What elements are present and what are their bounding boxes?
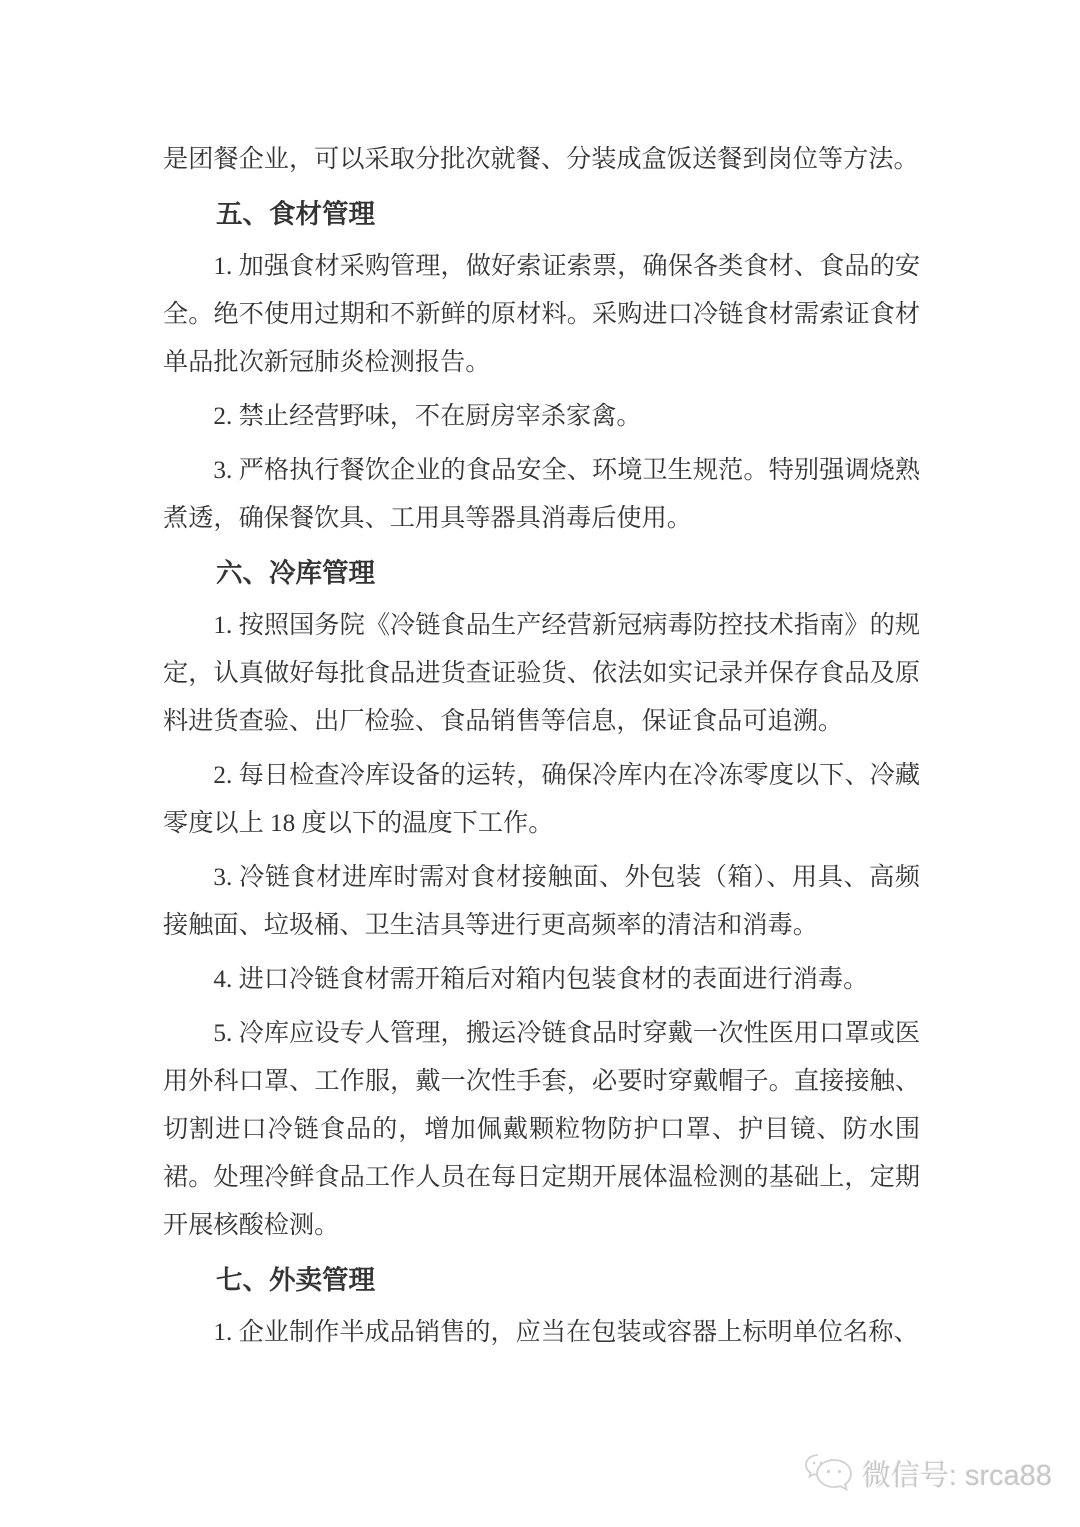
- section-heading: 五、食材管理: [163, 190, 920, 238]
- paragraph: 1. 加强食材采购管理，做好索证索票，确保各类食材、食品的安全。绝不使用过期和不…: [163, 243, 920, 387]
- paragraph: 5. 冷库应设专人管理，搬运冷链食品时穿戴一次性医用口罩或医用外科口罩、工作服，…: [163, 1010, 920, 1250]
- paragraph: 3. 严格执行餐饮企业的食品安全、环境卫生规范。特别强调烧熟煮透，确保餐饮具、工…: [163, 447, 920, 543]
- section-heading: 六、冷库管理: [163, 549, 920, 597]
- paragraph: 1. 按照国务院《冷链食品生产经营新冠病毒防控技术指南》的规定，认真做好每批食品…: [163, 602, 920, 746]
- paragraph: 2. 每日检查冷库设备的运转，确保冷库内在冷冻零度以下、冷藏零度以上 18 度以…: [163, 752, 920, 848]
- watermark-text: 微信号: srca88: [862, 1453, 1052, 1494]
- wechat-icon: [804, 1452, 854, 1494]
- watermark: 微信号: srca88: [804, 1452, 1052, 1494]
- paragraph: 2. 禁止经营野味，不在厨房宰杀家禽。: [163, 393, 920, 441]
- paragraph: 3. 冷链食材进库时需对食材接触面、外包装（箱）、用具、高频接触面、垃圾桶、卫生…: [163, 854, 920, 950]
- paragraph: 4. 进口冷链食材需开箱后对箱内包装食材的表面进行消毒。: [163, 956, 920, 1004]
- paragraph: 是团餐企业，可以采取分批次就餐、分装成盒饭送餐到岗位等方法。: [163, 136, 920, 184]
- document-page: 是团餐企业，可以采取分批次就餐、分装成盒饭送餐到岗位等方法。五、食材管理1. 加…: [0, 0, 1080, 1527]
- paragraph: 1. 企业制作半成品销售的，应当在包装或容器上标明单位名称、: [163, 1309, 920, 1357]
- document-body: 是团餐企业，可以采取分批次就餐、分装成盒饭送餐到岗位等方法。五、食材管理1. 加…: [163, 136, 920, 1363]
- section-heading: 七、外卖管理: [163, 1256, 920, 1304]
